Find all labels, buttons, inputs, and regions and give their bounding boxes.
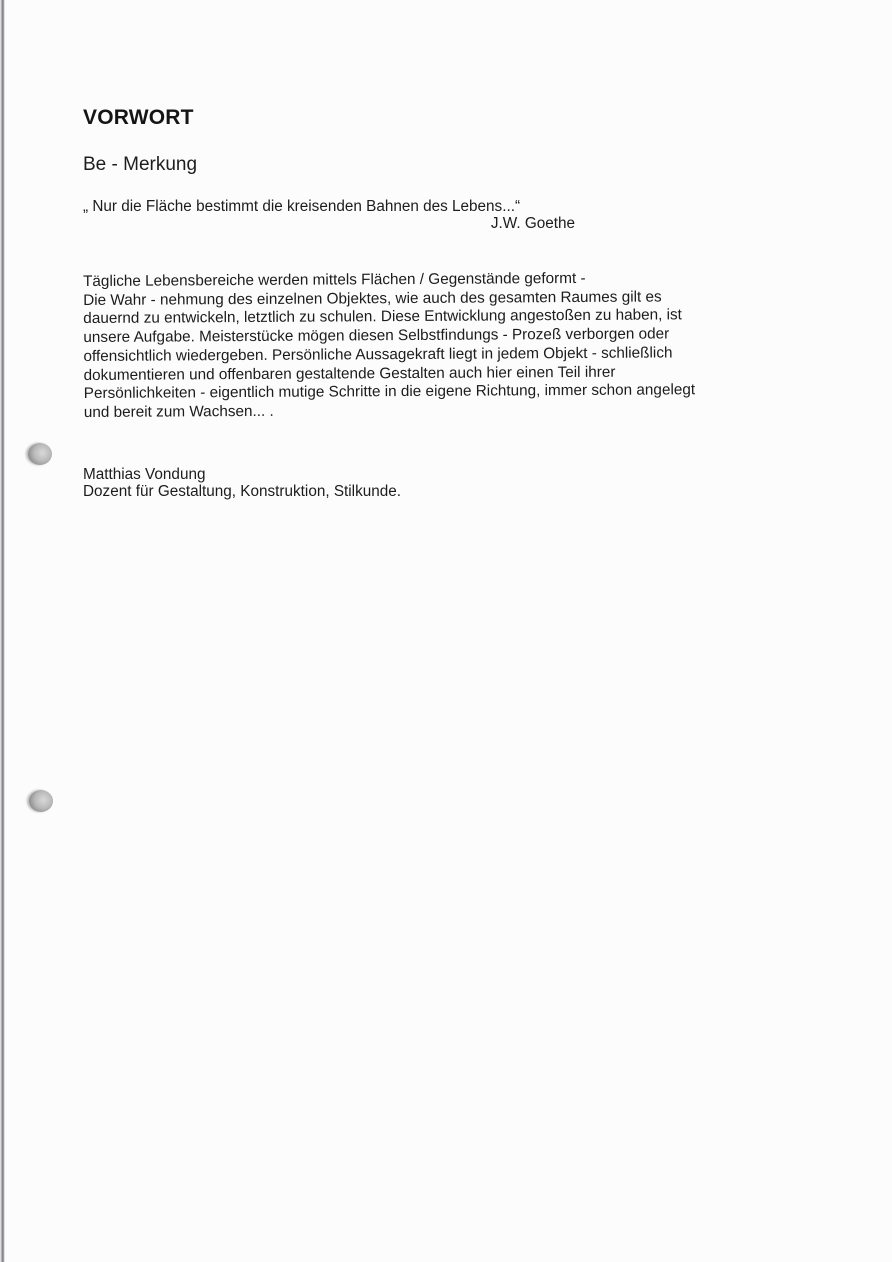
epigraph-text: „ Nur die Fläche bestimmt die kreisenden… [83,198,575,215]
signature-name: Matthias Vondung [83,466,803,484]
signature-block: Matthias Vondung Dozent für Gestaltung, … [83,466,803,501]
signature-role: Dozent für Gestaltung, Konstruktion, Sti… [83,483,803,501]
body-line: und bereit zum Wachsen... . [84,400,804,423]
document-page: VORWORT Be - Merkung „ Nur die Fläche be… [83,104,803,501]
body-paragraph: Tägliche Lebensbereiche werden mittels F… [83,269,804,423]
epigraph: „ Nur die Fläche bestimmt die kreisenden… [83,198,575,232]
document-subtitle: Be - Merkung [83,153,803,177]
punch-hole-bottom [29,790,53,812]
scanned-page-edge [0,0,5,1262]
punch-hole-top [28,443,52,465]
document-title: VORWORT [83,104,803,132]
epigraph-author: J.W. Goethe [83,215,575,232]
